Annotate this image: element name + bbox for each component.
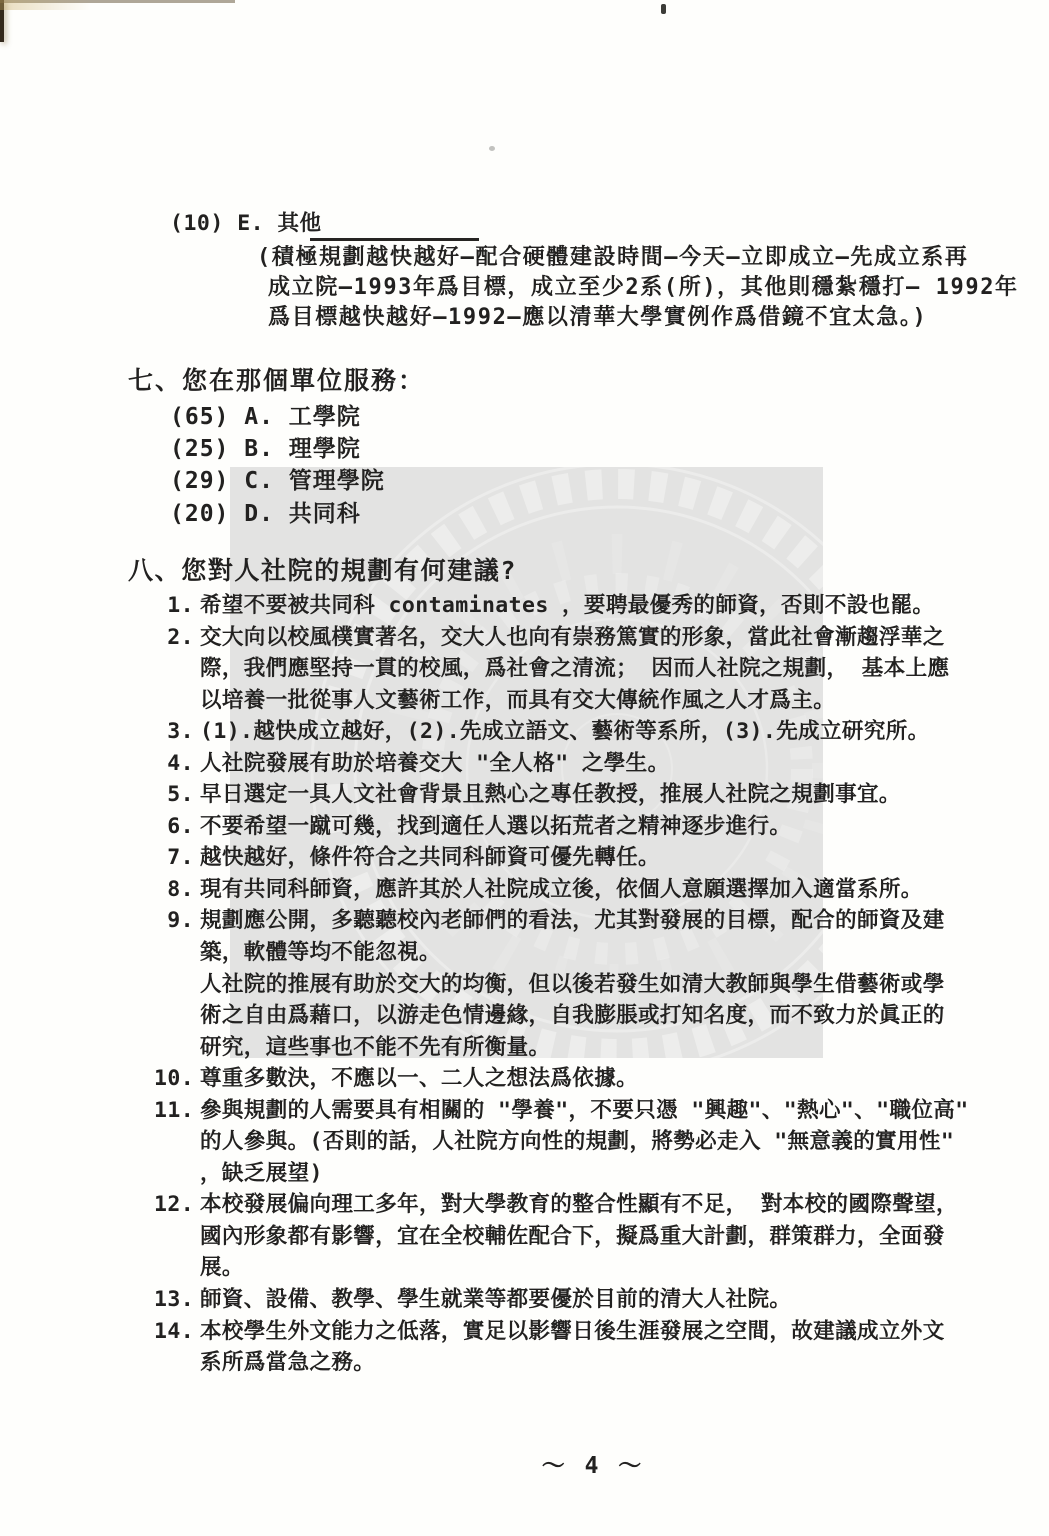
- suggestion-line: 研究，這些事也不能不先有所衡量。: [128, 1032, 969, 1064]
- suggestion-line: 11.參與規劃的人需要具有相關的 "學養"，不要只憑 "興趣"、"熱心"、"職位…: [128, 1095, 969, 1127]
- suggestion-line: 1.希望不要被共同科 contaminates ，要聘最優秀的師資，否則不設也罷…: [128, 590, 969, 622]
- answer-note-line: 爲目標越快越好—1992—應以清華大學實例作爲借鏡不宜太急。): [268, 303, 1019, 333]
- suggestion-line: ，缺乏展望): [128, 1158, 969, 1190]
- item-number: 3.: [154, 716, 194, 748]
- suggestion-line: 展。: [128, 1252, 969, 1284]
- scan-artifact-dot: [489, 146, 495, 151]
- suggestion-line: 3.(1).越快成立越好，(2).先成立語文、藝術等系所，(3).先成立研究所。: [128, 716, 969, 748]
- scanned-survey-page: (10) E. 其他 (積極規劃越快越好—配合硬體建設時間—今天—立即成立—先成…: [0, 0, 1049, 1536]
- item-number: 12.: [154, 1189, 194, 1221]
- question-e-answer-notes: (積極規劃越快越好—配合硬體建設時間—今天—立即成立—先成立系再 成立院—199…: [268, 243, 1019, 333]
- item-number: 4.: [154, 748, 194, 780]
- answer-blank-line: [310, 238, 479, 241]
- scan-artifact-corner-tint: [0, 0, 90, 10]
- option-row: (25) B. 理學院: [170, 433, 385, 465]
- item-number: 14.: [154, 1316, 194, 1348]
- page-number: ～ 4 ～: [538, 1447, 648, 1480]
- suggestion-line: 9.規劃應公開，多聽聽校內老師們的看法，尤其對發展的目標，配合的師資及建: [128, 905, 969, 937]
- suggestion-line: 系所爲當急之務。: [128, 1347, 969, 1379]
- item-number: 7.: [154, 842, 194, 874]
- suggestion-line: 國內形象都有影響，宜在全校輔佐配合下，擬爲重大計劃，群策群力，全面發: [128, 1221, 969, 1253]
- suggestion-line: 際，我們應堅持一貫的校風，爲社會之清流； 因而人社院之規劃， 基本上應: [128, 653, 969, 685]
- item-number: 6.: [154, 811, 194, 843]
- suggestion-line: 6.不要希望一蹴可幾，找到適任人選以拓荒者之精神逐步進行。: [128, 811, 969, 843]
- suggestion-line: 4.人社院發展有助於培養交大 "全人格" 之學生。: [128, 748, 969, 780]
- question-7-options: (65) A. 工學院 (25) B. 理學院 (29) C. 管理學院 (20…: [170, 401, 385, 530]
- item-number: 2.: [154, 622, 194, 654]
- suggestion-line: 以培養一批從事人文藝術工作，而具有交大傳統作風之人才爲主。: [128, 685, 969, 717]
- item-number: 5.: [154, 779, 194, 811]
- answer-note-line: (積極規劃越快越好—配合硬體建設時間—今天—立即成立—先成立系再: [268, 243, 1019, 273]
- suggestion-line: 人社院的推展有助於交大的均衡，但以後若發生如清大教師與學生借藝術或學: [128, 969, 969, 1001]
- item-number: 11.: [154, 1095, 194, 1127]
- suggestion-line: 5.早日選定一具人文社會背景且熱心之專任教授，推展人社院之規劃事宜。: [128, 779, 969, 811]
- suggestion-line: 築，軟體等均不能忽視。: [128, 937, 969, 969]
- suggestion-line: 2.交大向以校風樸實著名，交大人也向有崇務篤實的形象，當此社會漸趨浮華之: [128, 622, 969, 654]
- suggestion-line: 術之自由爲藉口，以游走色情邊緣，自我膨脹或打知名度，而不致力於眞正的: [128, 1000, 969, 1032]
- suggestion-line: 13.師資、設備、教學、學生就業等都要優於目前的清大人社院。: [128, 1284, 969, 1316]
- scan-artifact-speck: [661, 4, 666, 14]
- question-e-label: (10) E. 其他: [170, 211, 322, 237]
- item-number: 13.: [154, 1284, 194, 1316]
- item-number: 10.: [154, 1063, 194, 1095]
- option-row: (65) A. 工學院: [170, 401, 385, 433]
- question-8-suggestion-list: 1.希望不要被共同科 contaminates ，要聘最優秀的師資，否則不設也罷…: [128, 590, 969, 1379]
- suggestion-line: 7.越快越好，條件符合之共同科師資可優先轉任。: [128, 842, 969, 874]
- suggestion-line: 10.尊重多數決，不應以一、二人之想法爲依據。: [128, 1063, 969, 1095]
- option-row: (29) C. 管理學院: [170, 465, 385, 497]
- suggestion-line: 的人參與。(否則的話，人社院方向性的規劃，將勢必走入 "無意義的實用性": [128, 1126, 969, 1158]
- item-number: 8.: [154, 874, 194, 906]
- item-number: 9.: [154, 905, 194, 937]
- suggestion-line: 12.本校發展偏向理工多年，對大學教育的整合性顯有不足， 對本校的國際聲望，: [128, 1189, 969, 1221]
- item-number: 1.: [154, 590, 194, 622]
- question-7-heading: 七、您在那個單位服務：: [128, 366, 425, 396]
- option-row: (20) D. 共同科: [170, 498, 385, 530]
- answer-note-line: 成立院—1993年爲目標，成立至少2系(所)，其他則穩紮穩打— 1992年: [268, 273, 1019, 303]
- question-8-heading: 八、您對人社院的規劃有何建議?: [128, 556, 517, 586]
- suggestion-line: 8.現有共同科師資，應許其於人社院成立後，依個人意願選擇加入適當系所。: [128, 874, 969, 906]
- suggestion-line: 14.本校學生外文能力之低落，實足以影響日後生涯發展之空間，故建議成立外文: [128, 1316, 969, 1348]
